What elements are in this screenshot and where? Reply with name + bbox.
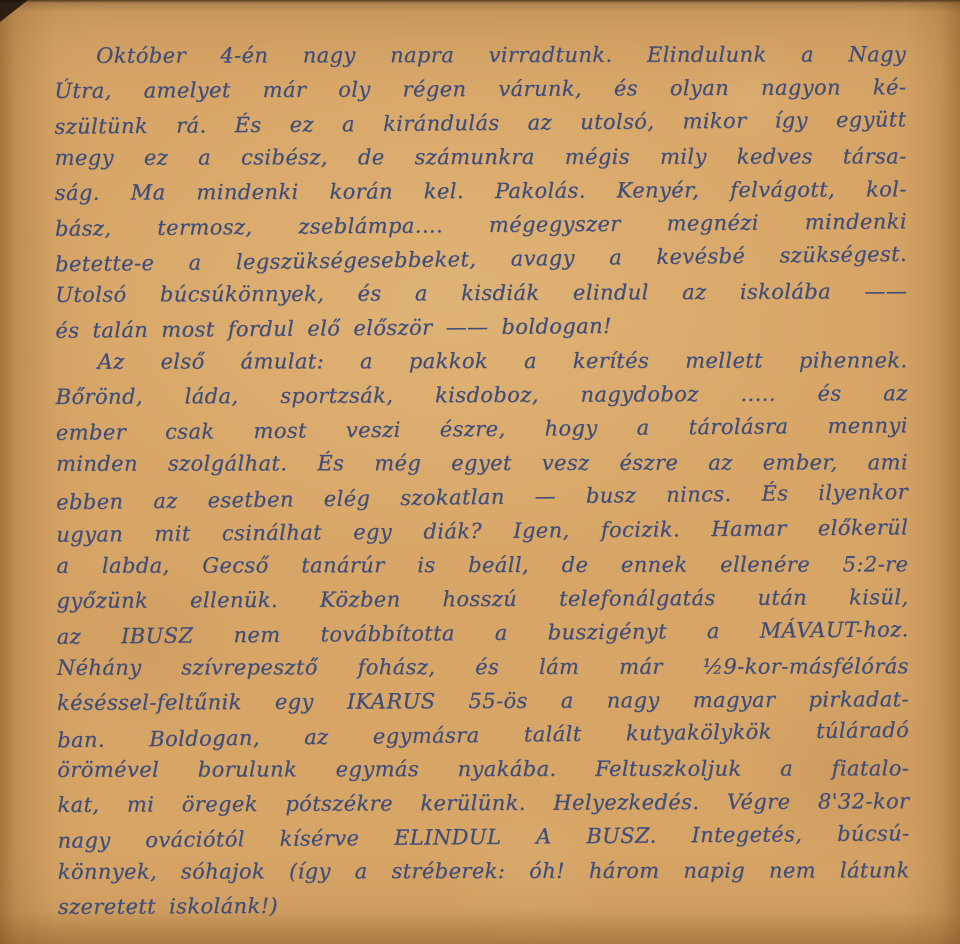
handwritten-line: Néhány szívrepesztő fohász, és lám már ½… — [57, 649, 909, 684]
page-corner-shadow — [0, 0, 28, 22]
notebook-page: Október 4-én nagy napra virradtunk. Elin… — [0, 0, 960, 944]
handwritten-line: megy ez a csibész, de számunkra mégis mi… — [55, 139, 907, 174]
handwritten-line: Október 4-én nagy napra virradtunk. Elin… — [54, 37, 906, 72]
handwritten-line: örömével borulunk egymás nyakába. Feltus… — [57, 751, 909, 786]
handwritten-line: nagy ovációtól kísérve ELINDUL A BUSZ. I… — [57, 816, 909, 857]
handwritten-line: ugyan mit csinálhat egy diák? Igen, foci… — [56, 510, 908, 551]
handwritten-line: Útra, amelyet már oly régen várunk, és o… — [54, 70, 906, 108]
handwritten-line: a labda, Gecső tanárúr is beáll, de enne… — [56, 547, 908, 582]
handwritten-line: kat, mi öregek pótszékre kerülünk. Helye… — [57, 784, 909, 822]
handwritten-line: Utolsó búcsúkönnyek, és a kisdiák elindu… — [55, 274, 907, 312]
handwriting-text-block: Október 4-én nagy napra virradtunk. Elin… — [54, 36, 910, 924]
handwritten-line: ság. Ma mindenki korán kel. Pakolás. Ken… — [55, 172, 907, 210]
handwritten-line: Bőrönd, láda, sportzsák, kisdoboz, nagyd… — [56, 376, 908, 414]
handwritten-line: győzünk ellenük. Közben hosszú telefonál… — [56, 580, 908, 618]
handwritten-line: az IBUSZ nem továbbította a buszigényt a… — [57, 612, 909, 653]
handwritten-line: Az első ámulat: a pakkok a kerítés melle… — [55, 343, 907, 378]
handwritten-line: szeretett iskolánk!) — [58, 886, 910, 924]
handwritten-line: ember csak most veszi észre, hogy a táro… — [56, 408, 908, 449]
handwritten-line: és talán most fordul elő először —— bold… — [55, 306, 907, 347]
handwritten-line: szültünk rá. És ez a kirándulás az utols… — [54, 102, 906, 143]
handwritten-line: könnyek, sóhajok (így a stréberek: óh! h… — [58, 853, 910, 888]
